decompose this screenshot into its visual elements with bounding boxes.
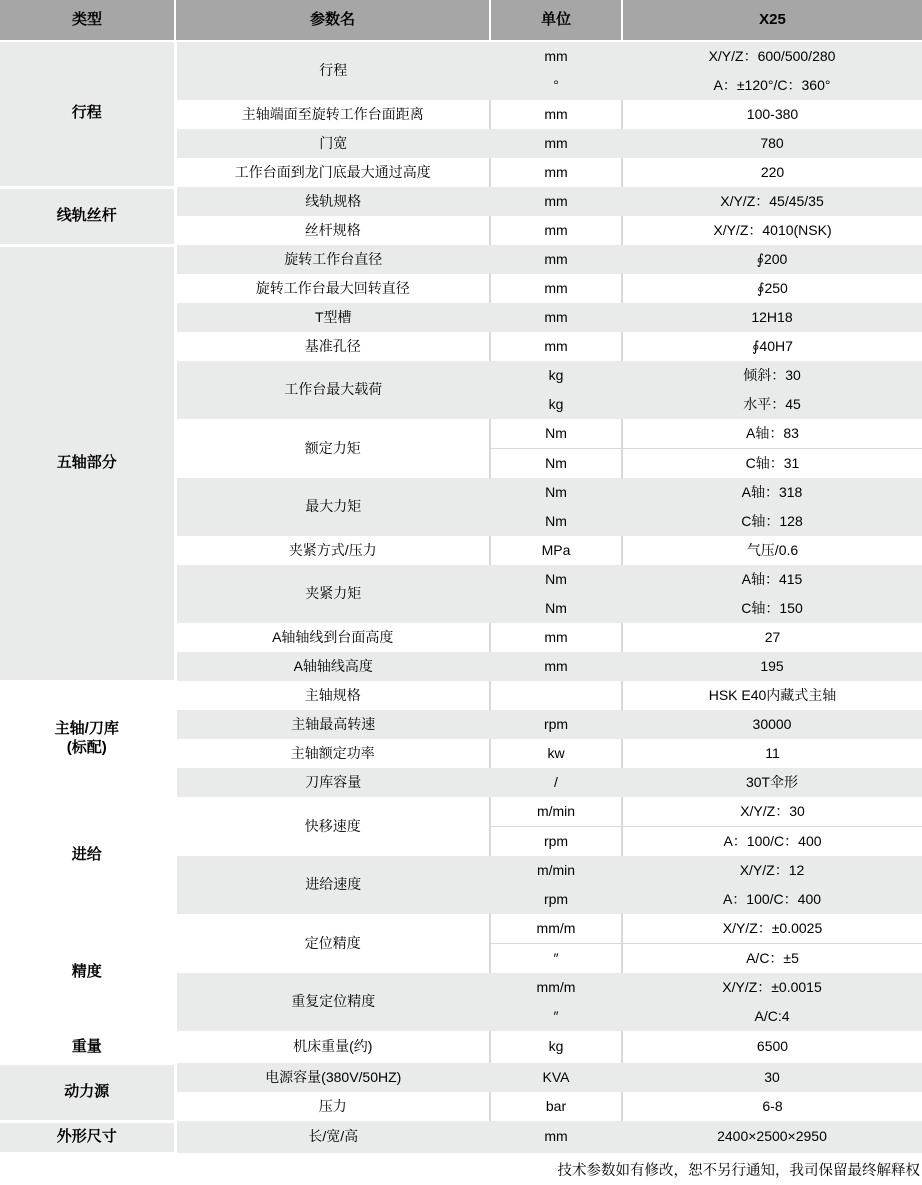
header-col-unit: 单位 — [490, 0, 622, 41]
param-cell: 工作台最大载荷 — [175, 361, 490, 419]
value-cell: HSK E40内藏式主轴 — [622, 681, 922, 710]
unit-cell: ″ — [490, 944, 622, 974]
value-cell: C轴：150 — [622, 594, 922, 623]
unit-cell: Nm — [490, 594, 622, 623]
table-row: 重量机床重量(约)kg6500 — [0, 1031, 922, 1063]
header-col-model: X25 — [622, 0, 922, 41]
unit-cell: mm — [490, 274, 622, 303]
unit-cell: mm — [490, 623, 622, 652]
spec-table-body: 行程行程mmX/Y/Z：600/500/280°A：±120°/C：360°主轴… — [0, 41, 922, 1153]
value-cell: A：100/C：400 — [622, 885, 922, 914]
value-cell: 11 — [622, 739, 922, 768]
value-cell: ∮250 — [622, 274, 922, 303]
category-cell: 动力源 — [0, 1063, 175, 1121]
value-cell: ∮40H7 — [622, 332, 922, 361]
value-cell: C轴：128 — [622, 507, 922, 536]
unit-cell: mm — [490, 303, 622, 332]
value-cell: X/Y/Z：4010(NSK) — [622, 216, 922, 245]
spec-sheet: 类型 参数名 单位 X25 行程行程mmX/Y/Z：600/500/280°A：… — [0, 0, 922, 1185]
value-cell: 27 — [622, 623, 922, 652]
value-cell: 水平：45 — [622, 390, 922, 419]
value-cell: X/Y/Z：±0.0015 — [622, 973, 922, 1002]
param-cell: 主轴额定功率 — [175, 739, 490, 768]
value-cell: A轴：318 — [622, 478, 922, 507]
table-row: 动力源电源容量(380V/50HZ)KVA30 — [0, 1063, 922, 1092]
table-row: 精度定位精度mm/mX/Y/Z：±0.0025 — [0, 914, 922, 944]
unit-cell: bar — [490, 1092, 622, 1121]
unit-cell: kw — [490, 739, 622, 768]
param-cell: 重复定位精度 — [175, 973, 490, 1031]
spec-table: 类型 参数名 单位 X25 行程行程mmX/Y/Z：600/500/280°A：… — [0, 0, 922, 1155]
value-cell: X/Y/Z：45/45/35 — [622, 187, 922, 216]
category-cell: 行程 — [0, 41, 175, 187]
value-cell: A/C:4 — [622, 1002, 922, 1031]
category-cell: 主轴/刀库 (标配) — [0, 681, 175, 797]
value-cell: A：±120°/C：360° — [622, 71, 922, 100]
value-cell: C轴：31 — [622, 449, 922, 479]
param-cell: 刀库容量 — [175, 768, 490, 797]
unit-cell: Nm — [490, 565, 622, 594]
unit-cell: mm — [490, 100, 622, 129]
param-cell: 线轨规格 — [175, 187, 490, 216]
header-col-param: 参数名 — [175, 0, 490, 41]
param-cell: 机床重量(约) — [175, 1031, 490, 1063]
param-cell: 夹紧方式/压力 — [175, 536, 490, 565]
value-cell: A轴：415 — [622, 565, 922, 594]
table-row: 进给快移速度m/minX/Y/Z：30 — [0, 797, 922, 827]
unit-cell: mm — [490, 245, 622, 274]
param-cell: 定位精度 — [175, 914, 490, 973]
value-cell: 6500 — [622, 1031, 922, 1063]
param-cell: T型槽 — [175, 303, 490, 332]
category-cell: 外形尺寸 — [0, 1121, 175, 1153]
unit-cell: Nm — [490, 449, 622, 479]
unit-cell: kg — [490, 390, 622, 419]
category-cell: 重量 — [0, 1031, 175, 1063]
unit-cell: mm — [490, 652, 622, 681]
table-row: 五轴部分旋转工作台直径mm∮200 — [0, 245, 922, 274]
param-cell: 最大力矩 — [175, 478, 490, 536]
param-cell: 主轴最高转速 — [175, 710, 490, 739]
param-cell: 额定力矩 — [175, 419, 490, 478]
param-cell: 主轴端面至旋转工作台面距离 — [175, 100, 490, 129]
category-cell: 五轴部分 — [0, 245, 175, 681]
footer-disclaimer: 技术参数如有修改，恕不另行通知，我司保留最终解释权 — [0, 1155, 922, 1185]
unit-cell: MPa — [490, 536, 622, 565]
value-cell: 100-380 — [622, 100, 922, 129]
unit-cell: Nm — [490, 419, 622, 449]
category-cell: 进给 — [0, 797, 175, 914]
param-cell: 门宽 — [175, 129, 490, 158]
unit-cell: m/min — [490, 856, 622, 885]
header-row: 类型 参数名 单位 X25 — [0, 0, 922, 41]
value-cell: X/Y/Z：30 — [622, 797, 922, 827]
param-cell: 进给速度 — [175, 856, 490, 914]
table-row: 外形尺寸长/宽/高mm2400×2500×2950 — [0, 1121, 922, 1153]
param-cell: 夹紧力矩 — [175, 565, 490, 623]
header-col-type: 类型 — [0, 0, 175, 41]
unit-cell: rpm — [490, 827, 622, 857]
unit-cell: mm — [490, 158, 622, 187]
value-cell: 倾斜：30 — [622, 361, 922, 390]
unit-cell: mm — [490, 216, 622, 245]
unit-cell: KVA — [490, 1063, 622, 1092]
table-row: 行程行程mmX/Y/Z：600/500/280 — [0, 41, 922, 71]
param-cell: 压力 — [175, 1092, 490, 1121]
unit-cell: kg — [490, 1031, 622, 1063]
param-cell: A轴轴线到台面高度 — [175, 623, 490, 652]
value-cell: A：100/C：400 — [622, 827, 922, 857]
unit-cell: mm/m — [490, 973, 622, 1002]
value-cell: 195 — [622, 652, 922, 681]
unit-cell — [490, 681, 622, 710]
value-cell: A/C：±5 — [622, 944, 922, 974]
param-cell: 快移速度 — [175, 797, 490, 856]
unit-cell: mm — [490, 41, 622, 71]
value-cell: 220 — [622, 158, 922, 187]
param-cell: 工作台面到龙门底最大通过高度 — [175, 158, 490, 187]
param-cell: 行程 — [175, 41, 490, 100]
table-row: 主轴/刀库 (标配)主轴规格HSK E40内藏式主轴 — [0, 681, 922, 710]
unit-cell: mm — [490, 332, 622, 361]
unit-cell: ° — [490, 71, 622, 100]
unit-cell: / — [490, 768, 622, 797]
param-cell: 旋转工作台直径 — [175, 245, 490, 274]
param-cell: 基准孔径 — [175, 332, 490, 361]
value-cell: X/Y/Z：600/500/280 — [622, 41, 922, 71]
value-cell: 6-8 — [622, 1092, 922, 1121]
value-cell: X/Y/Z：±0.0025 — [622, 914, 922, 944]
unit-cell: kg — [490, 361, 622, 390]
param-cell: 旋转工作台最大回转直径 — [175, 274, 490, 303]
unit-cell: mm — [490, 1121, 622, 1153]
unit-cell: Nm — [490, 478, 622, 507]
value-cell: ∮200 — [622, 245, 922, 274]
unit-cell: mm — [490, 129, 622, 158]
param-cell: A轴轴线高度 — [175, 652, 490, 681]
value-cell: 30000 — [622, 710, 922, 739]
category-cell: 线轨丝杆 — [0, 187, 175, 245]
unit-cell: ″ — [490, 1002, 622, 1031]
unit-cell: Nm — [490, 507, 622, 536]
unit-cell: rpm — [490, 710, 622, 739]
param-cell: 主轴规格 — [175, 681, 490, 710]
value-cell: 12H18 — [622, 303, 922, 332]
unit-cell: mm/m — [490, 914, 622, 944]
param-cell: 丝杆规格 — [175, 216, 490, 245]
value-cell: A轴：83 — [622, 419, 922, 449]
spec-table-header: 类型 参数名 单位 X25 — [0, 0, 922, 41]
param-cell: 长/宽/高 — [175, 1121, 490, 1153]
table-row: 线轨丝杆线轨规格mmX/Y/Z：45/45/35 — [0, 187, 922, 216]
value-cell: 30 — [622, 1063, 922, 1092]
unit-cell: m/min — [490, 797, 622, 827]
value-cell: 780 — [622, 129, 922, 158]
value-cell: 气压/0.6 — [622, 536, 922, 565]
unit-cell: mm — [490, 187, 622, 216]
value-cell: 30T伞形 — [622, 768, 922, 797]
unit-cell: rpm — [490, 885, 622, 914]
value-cell: X/Y/Z：12 — [622, 856, 922, 885]
value-cell: 2400×2500×2950 — [622, 1121, 922, 1153]
param-cell: 电源容量(380V/50HZ) — [175, 1063, 490, 1092]
category-cell: 精度 — [0, 914, 175, 1031]
